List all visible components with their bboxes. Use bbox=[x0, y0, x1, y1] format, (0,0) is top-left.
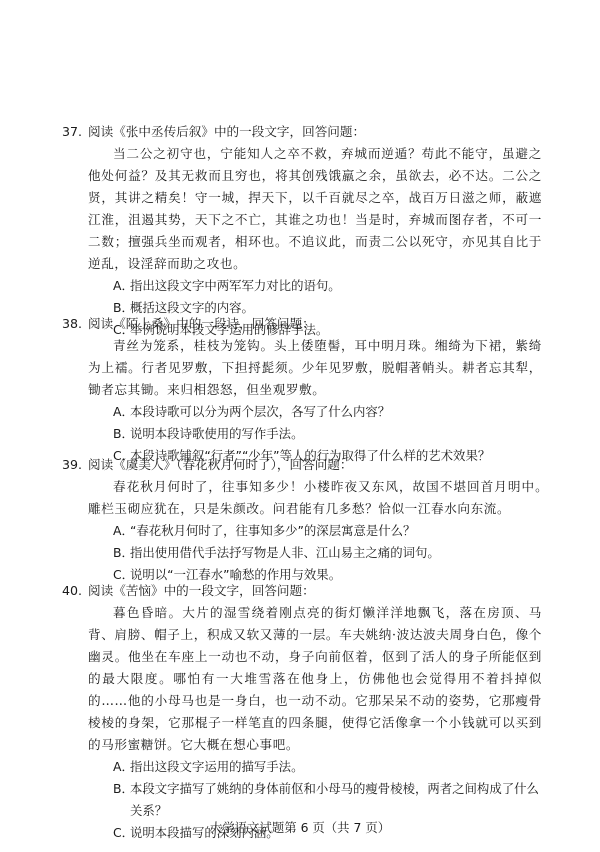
question-prompt: 阅读《张中丞传后叙》中的一段文字，回答问题： bbox=[88, 124, 365, 139]
passage-text: 青丝为笼系，桂枝为笼钩。头上倭堕髻，耳中明月珠。缃绮为下裙，紫绮为上襦。行者见罗… bbox=[88, 335, 542, 401]
question-39: 39.阅读《虞美人》（春花秋月何时了），回答问题： 春花秋月何时了，往事知多少！… bbox=[62, 454, 542, 586]
option-a: A．指出这段文字运用的描写手法。 bbox=[113, 756, 542, 778]
passage-text: 春花秋月何时了，往事知多少！小楼昨夜又东风，故国不堪回首月明中。 雕栏玉砌应犹在… bbox=[88, 476, 542, 520]
option-b: B．指出使用借代手法抒写物是人非、江山易主之痛的词句。 bbox=[113, 542, 542, 564]
question-prompt: 阅读《陌上桑》中的一段诗，回答问题： bbox=[88, 316, 315, 331]
question-38: 38.阅读《陌上桑》中的一段诗，回答问题： 青丝为笼系，桂枝为笼钩。头上倭堕髻，… bbox=[62, 313, 542, 467]
exam-page: 37.阅读《张中丞传后叙》中的一段文字，回答问题： 当二公之初守也，宁能知人之卒… bbox=[0, 0, 600, 852]
passage-text: 暮色昏暗。大片的湿雪绕着刚点亮的街灯懒洋洋地飘飞，落在房顶、马背、肩膀、帽子上，… bbox=[88, 602, 542, 756]
question-number: 38. bbox=[62, 313, 88, 335]
question-header: 37.阅读《张中丞传后叙》中的一段文字，回答问题： bbox=[62, 121, 542, 143]
question-40: 40.阅读《苦恼》中的一段文字，回答问题： 暮色昏暗。大片的湿雪绕着刚点亮的街灯… bbox=[62, 580, 542, 844]
question-number: 40. bbox=[62, 580, 88, 602]
option-a: A．“春花秋月何时了，往事知多少”的深层寓意是什么？ bbox=[113, 520, 542, 542]
passage-text: 当二公之初守也，宁能知人之卒不救，弃城而逆遁？苟此不能守，虽避之他处何益？及其无… bbox=[88, 143, 542, 275]
question-37: 37.阅读《张中丞传后叙》中的一段文字，回答问题： 当二公之初守也，宁能知人之卒… bbox=[62, 121, 542, 341]
option-b: B．说明本段诗歌使用的写作手法。 bbox=[113, 423, 542, 445]
question-prompt: 阅读《苦恼》中的一段文字，回答问题： bbox=[88, 583, 315, 598]
option-a: A．本段诗歌可以分为两个层次，各写了什么内容？ bbox=[113, 401, 542, 423]
question-prompt: 阅读《虞美人》（春花秋月何时了），回答问题： bbox=[88, 457, 352, 472]
option-b: B．本段文字描写了姚纳的身体前伛和小母马的瘦骨棱棱，两者之间构成了什么关系？ bbox=[113, 778, 550, 822]
option-a: A．指出这段文字中两军军力对比的语句。 bbox=[113, 275, 542, 297]
question-number: 37. bbox=[62, 121, 88, 143]
page-footer: 大学语文试题第 6 页（共 7 页） bbox=[0, 818, 600, 836]
question-header: 40.阅读《苦恼》中的一段文字，回答问题： bbox=[62, 580, 542, 602]
question-header: 38.阅读《陌上桑》中的一段诗，回答问题： bbox=[62, 313, 542, 335]
question-number: 39. bbox=[62, 454, 88, 476]
question-header: 39.阅读《虞美人》（春花秋月何时了），回答问题： bbox=[62, 454, 542, 476]
